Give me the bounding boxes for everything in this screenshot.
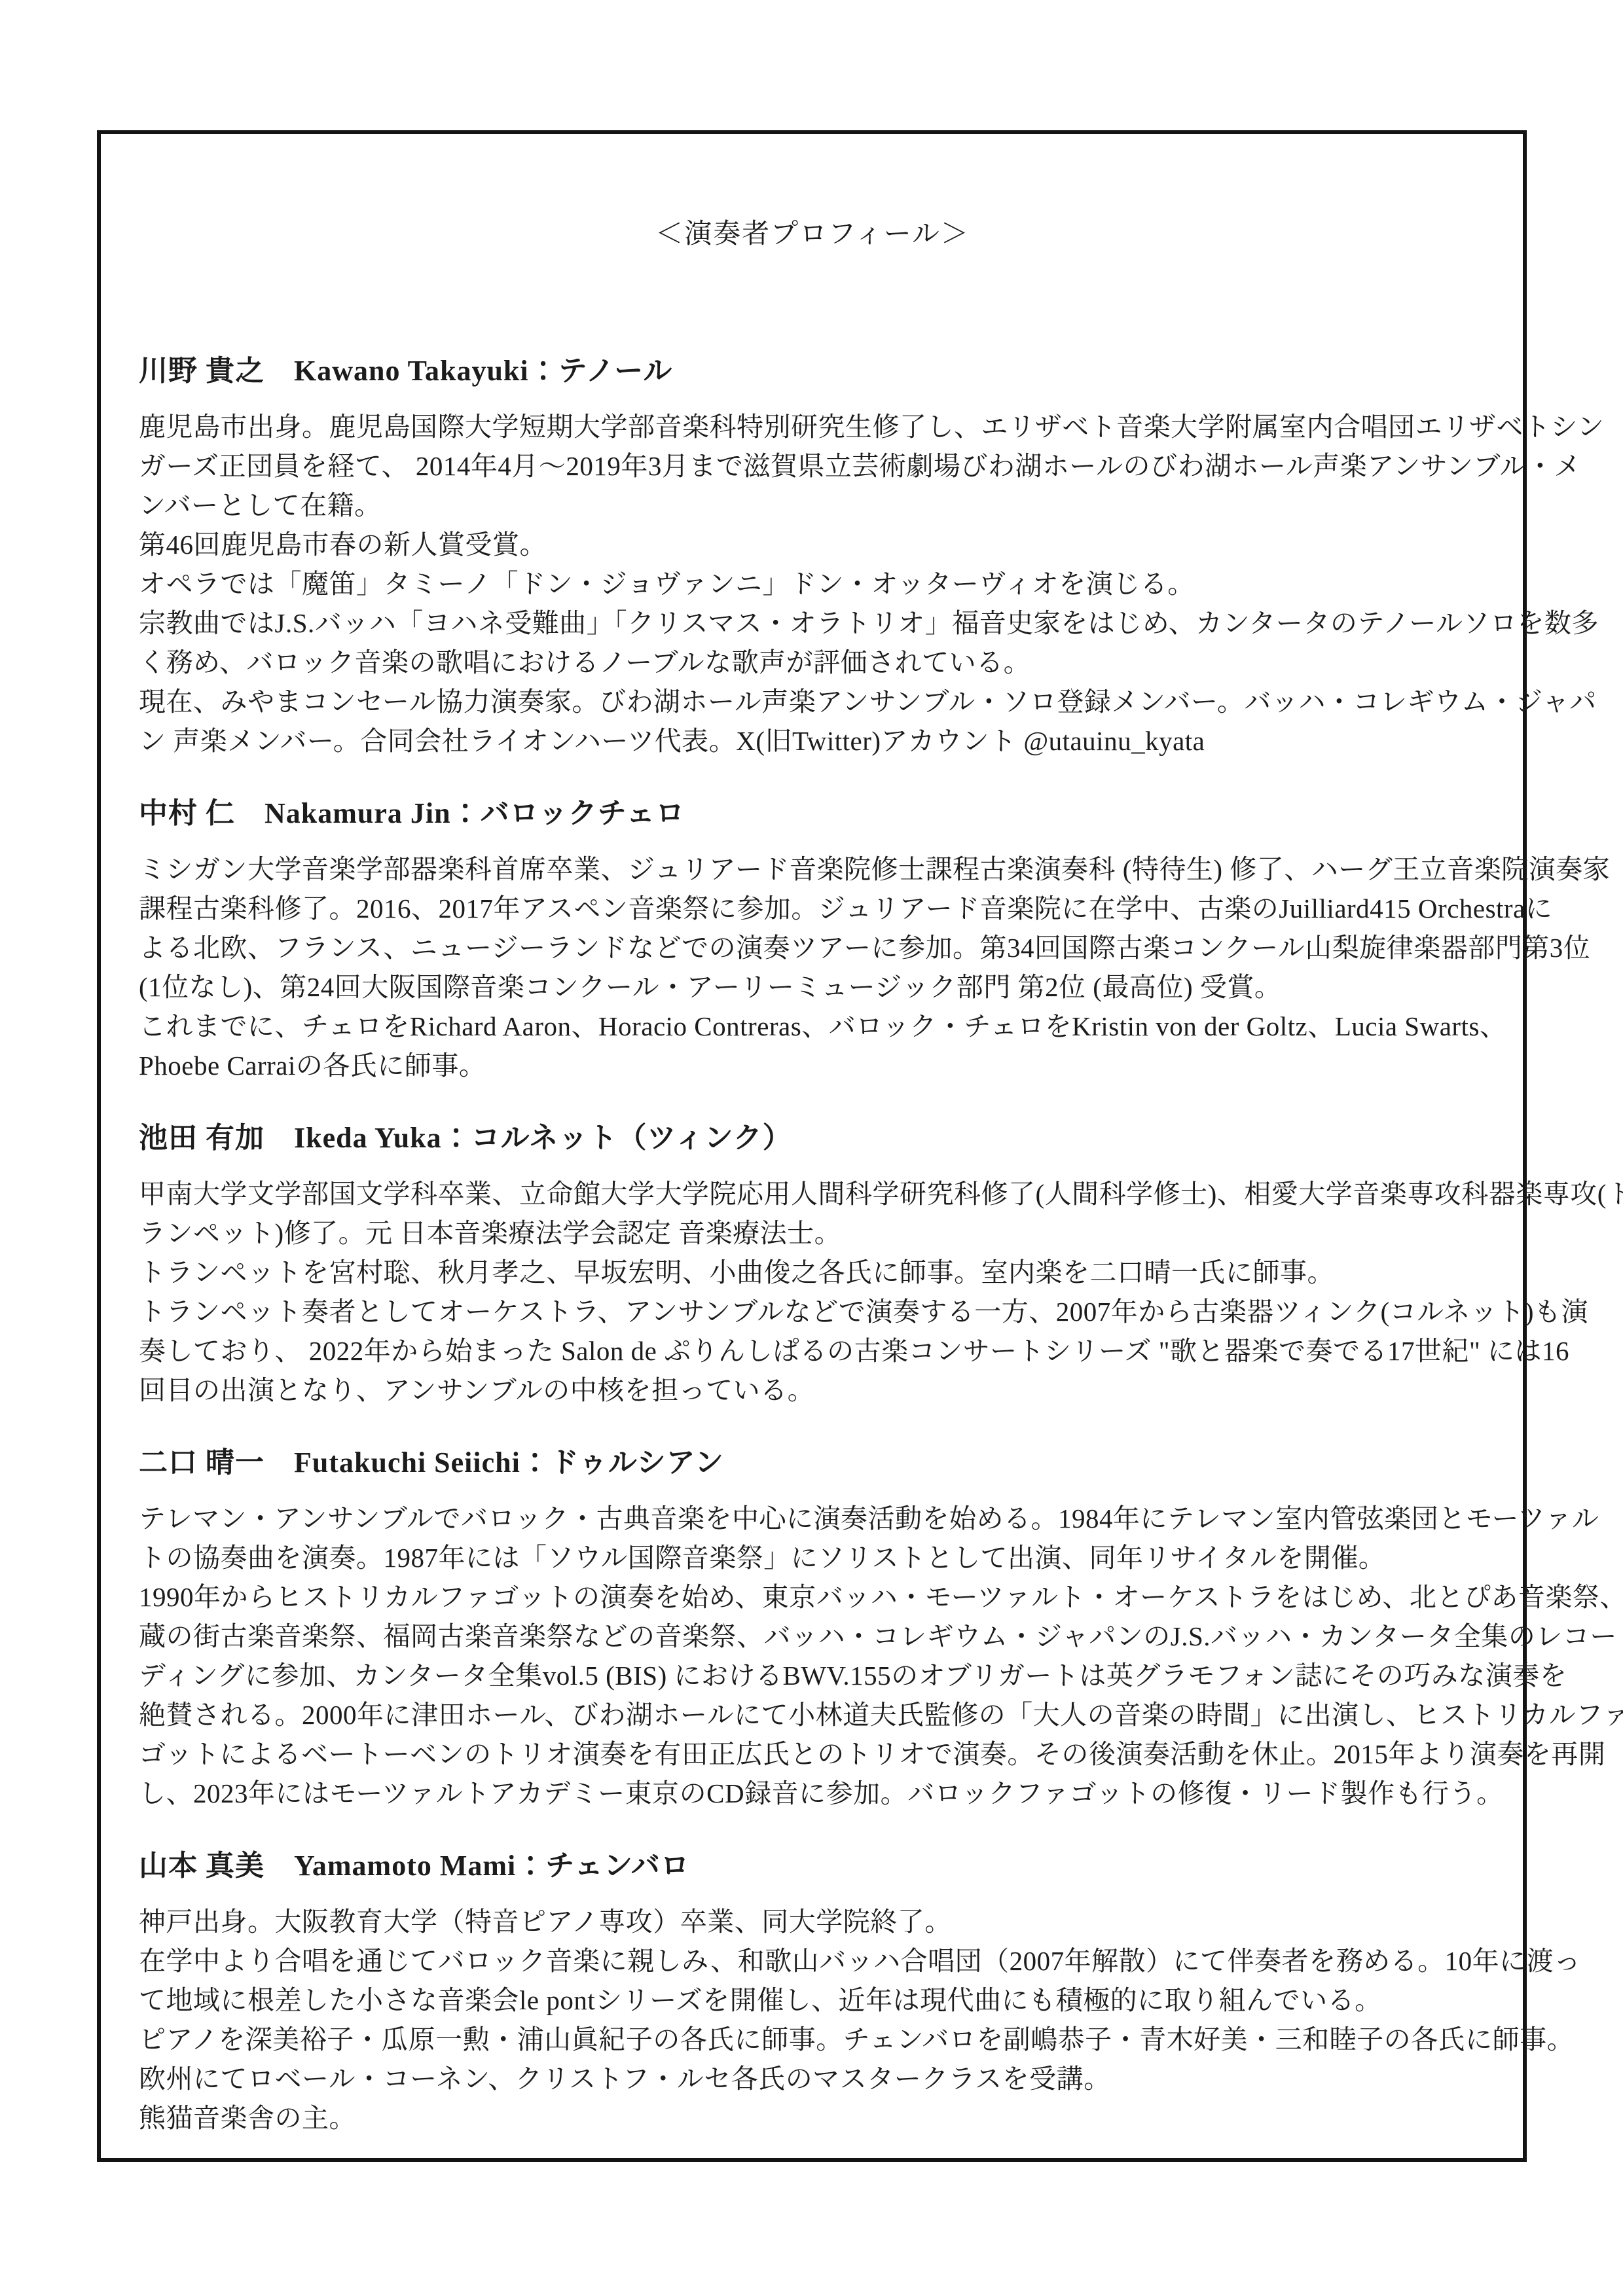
profile-text-line: これまでに、チェロをRichard Aaron、Horacio Contrera… [139,1007,1486,1046]
performer-section-kawano-takayuki: 川野 貴之 Kawano Takayuki：テノール 鹿児島市出身。鹿児島国際大… [139,352,1486,761]
profile-text-line: 奏しており、 2022年から始まった Salon de ぷりんしぱるの古楽コンサ… [139,1331,1486,1371]
profile-text-line: 宗教曲ではJ.S.バッハ「ヨハネ受難曲」「クリスマス・オラトリオ」福音史家をはじ… [139,603,1486,643]
profile-text-line: ン 声楽メンバー。合同会社ライオンハーツ代表。X(旧Twitter)アカウント … [139,721,1486,761]
profile-text-line: く務め、バロック音楽の歌唱におけるノーブルな歌声が評価されている。 [139,643,1486,682]
profile-text-line: トランペット奏者としてオーケストラ、アンサンブルなどで演奏する一方、2007年か… [139,1292,1486,1331]
profile-text-line: 甲南大学文学部国文学科卒業、立命館大学大学院応用人間科学研究科修了(人間科学修士… [139,1174,1486,1213]
profile-text-line: Phoebe Carraiの各氏に師事。 [139,1046,1486,1085]
profile-text-line: 現在、みやまコンセール協力演奏家。びわ湖ホール声楽アンサンブル・ソロ登録メンバー… [139,682,1486,721]
profile-text-line: 欧州にてロベール・コーネン、クリストフ・ルセ各氏のマスタークラスを受講。 [139,2059,1486,2098]
profile-text-line: 課程古楽科修了。2016、2017年アスペン音楽祭に参加。ジュリアード音楽院に在… [139,889,1486,928]
profile-text-line: ゴットによるベートーベンのトリオ演奏を有田正広氏とのトリオで演奏。その後演奏活動… [139,1734,1486,1774]
profile-text-line: 回目の出演となり、アンサンブルの中核を担っている。 [139,1371,1486,1410]
page-title: ＜演奏者プロフィール＞ [139,218,1486,251]
performer-heading: 池田 有加 Ikeda Yuka：コルネット（ツィンク） [139,1119,1486,1157]
profile-text-line: トの協奏曲を演奏。1987年には「ソウル国際音楽祭」にソリストとして出演、同年リ… [139,1538,1486,1577]
document-border-frame: ＜演奏者プロフィール＞ 川野 貴之 Kawano Takayuki：テノール 鹿… [97,130,1527,2162]
performer-heading: 山本 真美 Yamamoto Mami：チェンバロ [139,1847,1486,1885]
performer-section-nakamura-jin: 中村 仁 Nakamura Jin：バロックチェロ ミシガン大学音楽学部器楽科首… [139,795,1486,1085]
profile-text-line: ピアノを深美裕子・瓜原一勲・浦山眞紀子の各氏に師事。チェンバロを副嶋恭子・青木好… [139,2020,1486,2059]
profile-text-line: 蔵の街古楽音楽祭、福岡古楽音楽祭などの音楽祭、バッハ・コレギウム・ジャパンのJ.… [139,1617,1486,1656]
profile-text-line: 1990年からヒストリカルファゴットの演奏を始め、東京バッハ・モーツァルト・オー… [139,1577,1486,1617]
profile-text-line: オペラでは「魔笛」タミーノ「ドン・ジョヴァンニ」ドン・オッターヴィオを演じる。 [139,564,1486,603]
profile-text-line: 第46回鹿児島市春の新人賞受賞。 [139,525,1486,564]
profile-text-line: ミシガン大学音楽学部器楽科首席卒業、ジュリアード音楽院修士課程古楽演奏科 (特待… [139,850,1486,889]
profile-text-line: よる北欧、フランス、ニュージーランドなどでの演奏ツアーに参加。第34回国際古楽コ… [139,928,1486,967]
profile-text-line: 神戸出身。大阪教育大学（特音ピアノ専攻）卒業、同大学院終了。 [139,1902,1486,1941]
performer-heading: 川野 貴之 Kawano Takayuki：テノール [139,352,1486,390]
profile-text-line: 絶賛される。2000年に津田ホール、びわ湖ホールにて小林道夫氏監修の「大人の音楽… [139,1695,1486,1734]
profile-text-line: ンバーとして在籍。 [139,486,1486,525]
performer-heading: 二口 晴一 Futakuchi Seiichi：ドゥルシアン [139,1444,1486,1482]
performer-section-ikeda-yuka: 池田 有加 Ikeda Yuka：コルネット（ツィンク） 甲南大学文学部国文学科… [139,1119,1486,1410]
profile-text-line: て地域に根差した小さな音楽会le pontシリーズを開催し、近年は現代曲にも積極… [139,1981,1486,2020]
profile-text-line: 鹿児島市出身。鹿児島国際大学短期大学部音楽科特別研究生修了し、エリザベト音楽大学… [139,407,1486,446]
profile-text-line: ディングに参加、カンタータ全集vol.5 (BIS) におけるBWV.155のオ… [139,1656,1486,1695]
profile-text-line: (1位なし)、第24回大阪国際音楽コンクール・アーリーミュージック部門 第2位 … [139,967,1486,1007]
performer-section-futakuchi-seiichi: 二口 晴一 Futakuchi Seiichi：ドゥルシアン テレマン・アンサン… [139,1444,1486,1813]
performer-heading: 中村 仁 Nakamura Jin：バロックチェロ [139,795,1486,833]
profile-text-line: トランペットを宮村聡、秋月孝之、早坂宏明、小曲俊之各氏に師事。室内楽を二口晴一氏… [139,1253,1486,1292]
profile-text-line: し、2023年にはモーツァルトアカデミー東京のCD録音に参加。バロックファゴット… [139,1774,1486,1813]
profile-text-line: 熊猫音楽舎の主。 [139,2098,1486,2138]
profile-text-line: テレマン・アンサンブルでバロック・古典音楽を中心に演奏活動を始める。1984年に… [139,1499,1486,1538]
profile-text-line: ガーズ正団員を経て、 2014年4月〜2019年3月まで滋賀県立芸術劇場びわ湖ホ… [139,446,1486,486]
profile-text-line: 在学中より合唱を通じてバロック音楽に親しみ、和歌山バッハ合唱団（2007年解散）… [139,1941,1486,1981]
performer-section-yamamoto-mami: 山本 真美 Yamamoto Mami：チェンバロ 神戸出身。大阪教育大学（特音… [139,1847,1486,2138]
document-content: ＜演奏者プロフィール＞ 川野 貴之 Kawano Takayuki：テノール 鹿… [101,134,1523,2138]
profile-text-line: ランペット)修了。元 日本音楽療法学会認定 音楽療法士。 [139,1213,1486,1253]
